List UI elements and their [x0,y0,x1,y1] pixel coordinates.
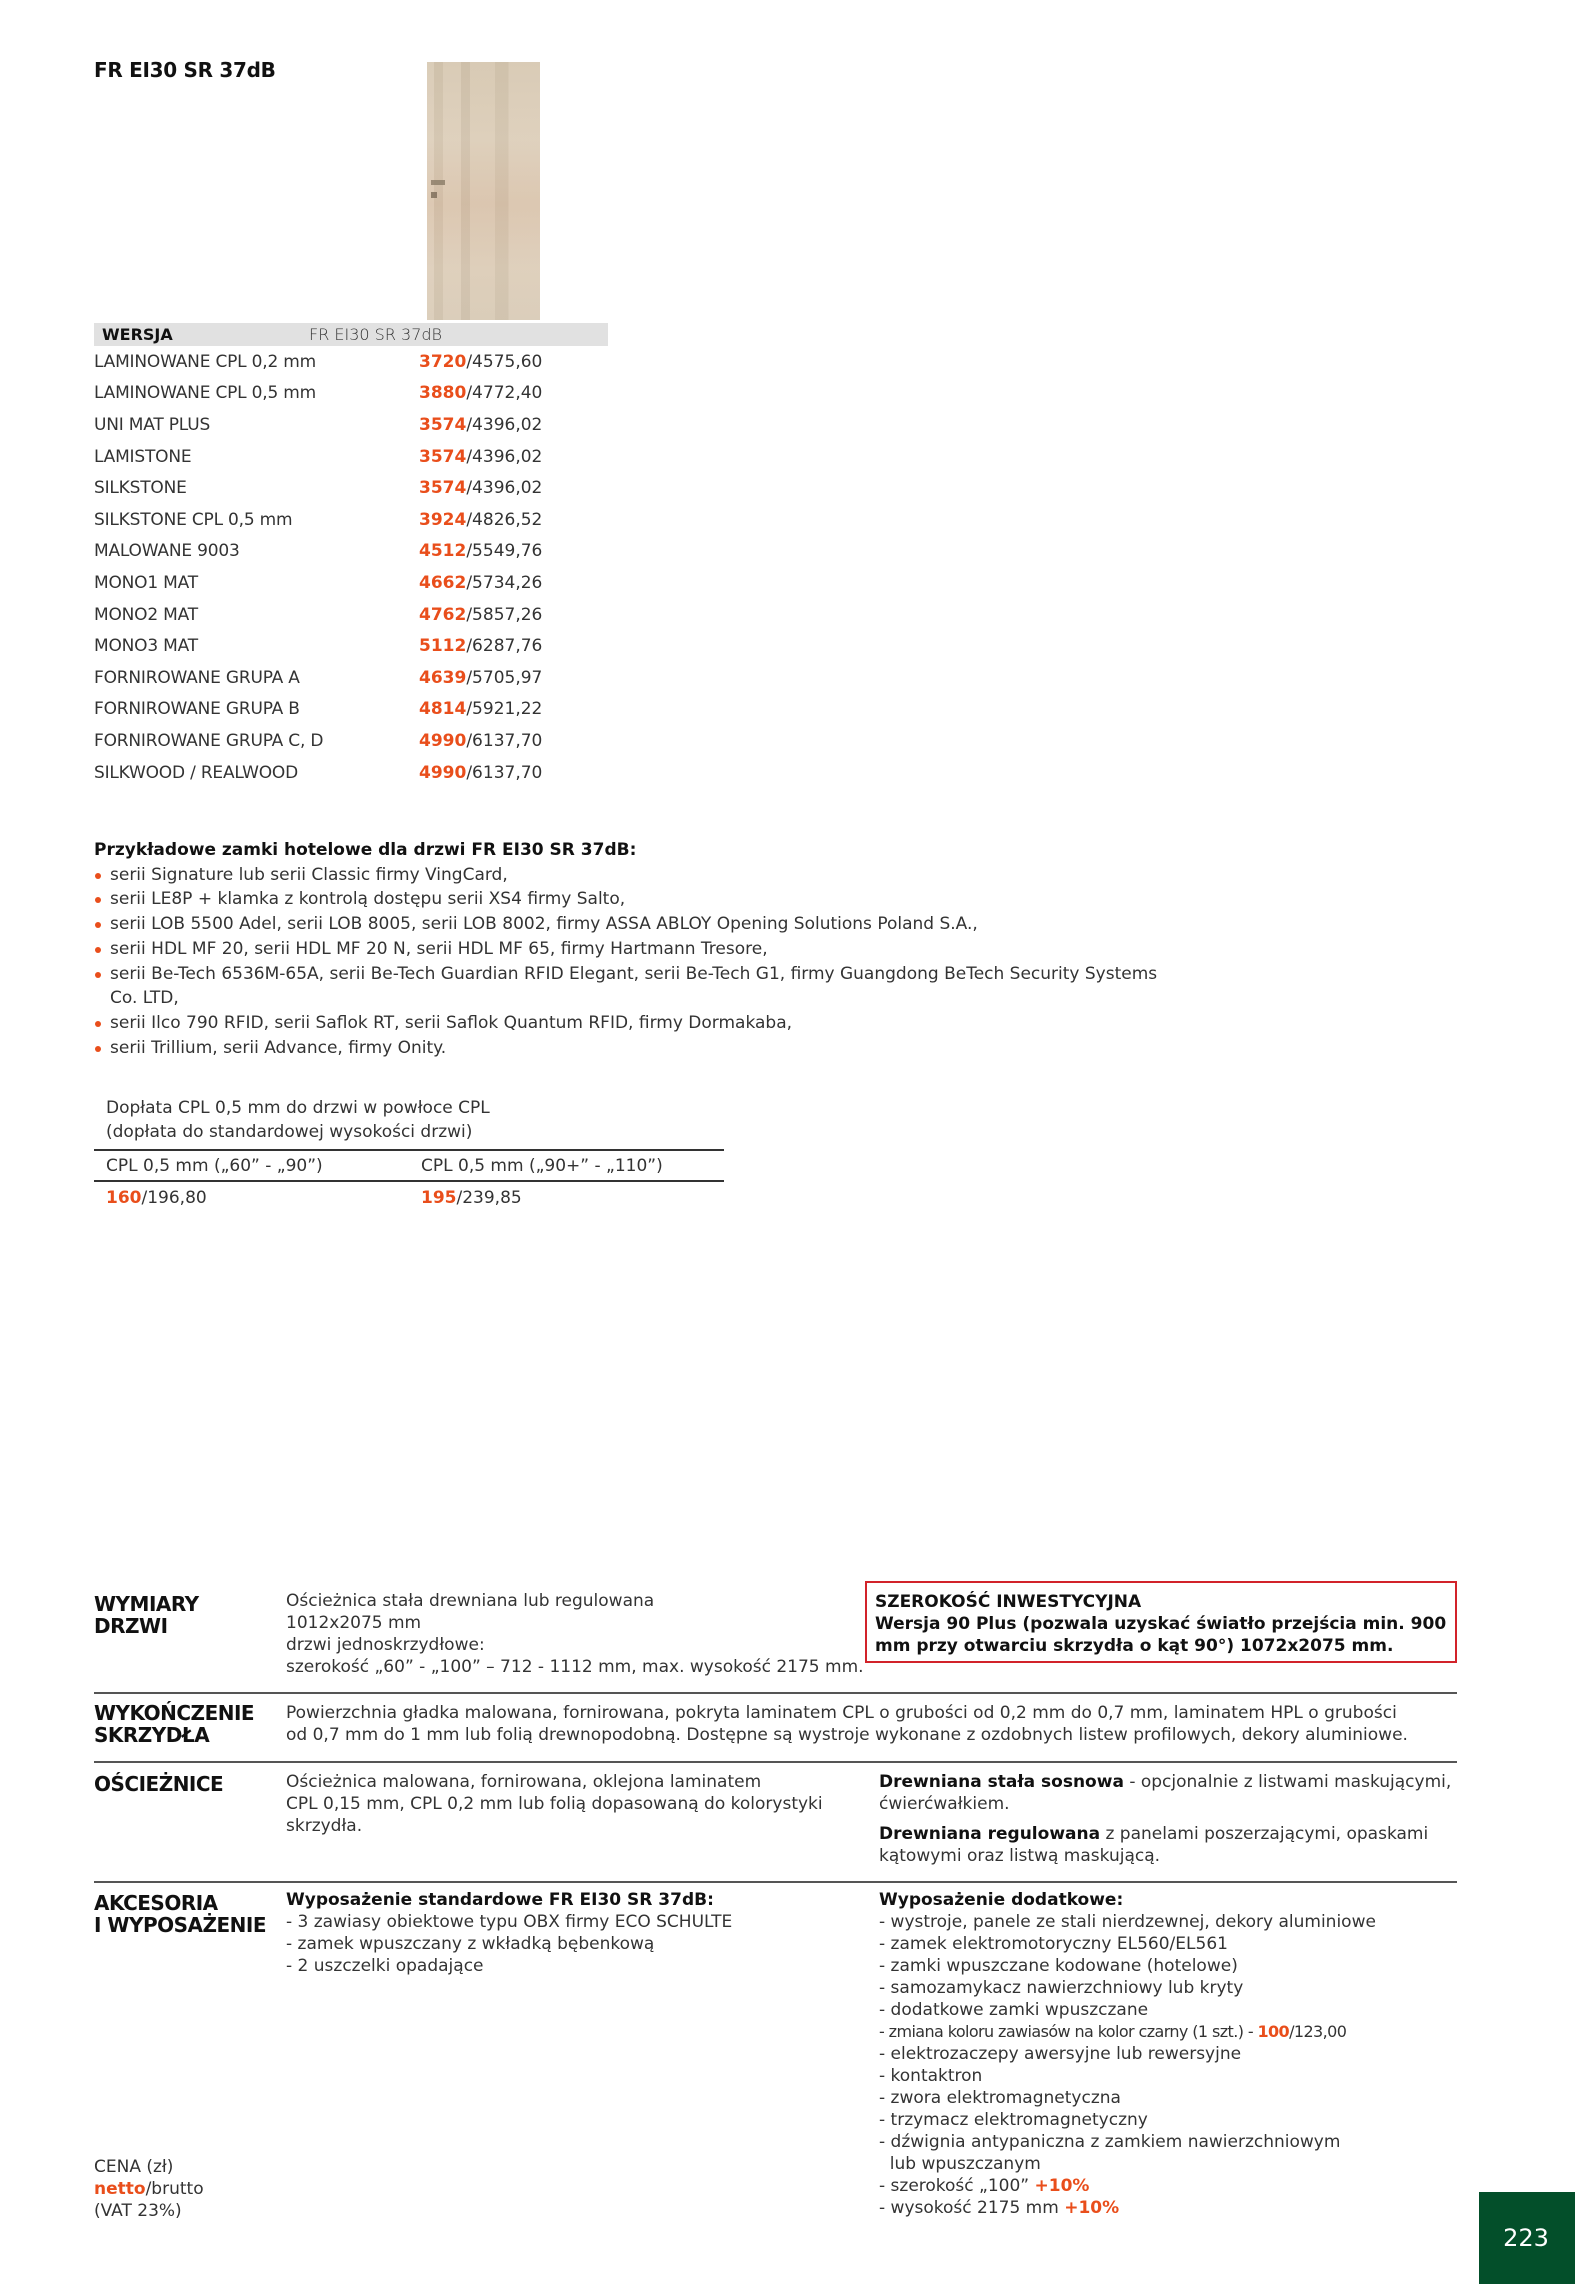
text-line: szerokość „60” - „100” – 712 - 1112 mm, … [286,1656,864,1678]
price-cell: 3720/4575,60 [419,352,608,372]
gross-price: /4396,02 [466,415,542,435]
text-line: - dodatkowe zamki wpuszczane [879,1999,1469,2021]
surcharge-percent: +10% [1035,2176,1090,2196]
price-table-row: FORNIROWANE GRUPA B4814/5921,22 [94,694,608,726]
finish-name: MONO2 MAT [94,605,419,625]
width-surcharge: - szerokość „100” +10% [879,2175,1469,2197]
finish-name: FORNIROWANE GRUPA A [94,668,419,688]
hotel-locks-section: Przykładowe zamki hotelowe dla drzwi FR … [94,838,1174,1060]
price-table-row: FORNIROWANE GRUPA A4639/5705,97 [94,662,608,694]
surcharge-percent: +10% [1064,2198,1119,2218]
accessories-label: AKCESORIA I WYPOSAŻENIE [94,1892,266,1936]
text-line: drzwi jednoskrzydłowe: [286,1634,864,1656]
label-line: AKCESORIA [94,1892,266,1914]
gross-price: /5705,97 [466,668,542,688]
hotel-lock-item: serii Ilco 790 RFID, serii Saflok RT, se… [94,1011,1174,1036]
net-price: 4990 [419,731,466,751]
standard-equipment: Wyposażenie standardowe FR EI30 SR 37dB:… [286,1889,866,1977]
price-cell: 4512/5549,76 [419,541,608,561]
price-cell: 4814/5921,22 [419,699,608,719]
finish-text: Powierzchnia gładka malowana, fornirowan… [286,1702,1461,1746]
text-line: lub wpuszczanym [879,2153,1469,2175]
price-legend-net-gross: netto/brutto [94,2178,204,2200]
height-surcharge: - wysokość 2175 mm +10% [879,2197,1469,2219]
hotel-lock-item: serii HDL MF 20, serii HDL MF 20 N, seri… [94,937,1174,962]
gross-price: /5857,26 [466,605,542,625]
version-column-header: WERSJA [94,325,307,344]
price-cell: 4639/5705,97 [419,668,608,688]
text-line: - zamek elektromotoryczny EL560/EL561 [879,1933,1469,1955]
price-table-row: SILKWOOD / REALWOOD4990/6137,70 [94,757,608,789]
text-line: - wystroje, panele ze stali nierdzewnej,… [879,1911,1469,1933]
price-table: WERSJA FR EI30 SR 37dB LAMINOWANE CPL 0,… [94,323,608,788]
finish-name: LAMISTONE [94,447,419,467]
net-price: 4639 [419,668,466,688]
extra-equipment: Wyposażenie dodatkowe: - wystroje, panel… [879,1889,1469,2219]
cpl-surcharge-table: Dopłata CPL 0,5 mm do drzwi w powłoce CP… [94,1097,724,1215]
price-cell: 5112/6287,76 [419,636,608,656]
dimensions-label: WYMIARY DRZWI [94,1593,199,1637]
dimensions-text: Ościeżnica stała drewniana lub regulowan… [286,1590,864,1678]
label-line: WYMIARY [94,1593,199,1615]
option-desc: - wysokość 2175 mm [879,2198,1064,2218]
surcharge-note-line: (dopłata do standardowej wysokości drzwi… [106,1121,724,1145]
price-cell: 4990/6137,70 [419,763,608,783]
gross-price: /4826,52 [466,510,542,530]
price-legend-vat: (VAT 23%) [94,2200,204,2222]
surcharge-header-row: CPL 0,5 mm („60” - „90”) CPL 0,5 mm („90… [94,1151,724,1180]
option-desc: - szerokość „100” [879,2176,1035,2196]
net-price: 160 [106,1188,142,1208]
finish-label: WYKOŃCZENIE SKRZYDŁA [94,1702,254,1746]
option-title: Drewniana regulowana [879,1824,1100,1844]
finish-name: MONO1 MAT [94,573,419,593]
finish-name: LAMINOWANE CPL 0,2 mm [94,352,419,372]
finish-name: MALOWANE 9003 [94,541,419,561]
frame-option-fixed: Drewniana stała sosnowa - opcjonalnie z … [879,1771,1469,1793]
hotel-lock-item: serii Signature lub serii Classic firmy … [94,863,1174,888]
label-line: DRZWI [94,1615,199,1637]
net-price: 3720 [419,352,466,372]
net-price: 4662 [419,573,466,593]
hotel-lock-item: serii LE8P + klamka z kontrolą dostępu s… [94,887,1174,912]
text-line: - zamki wpuszczane kodowane (hotelowe) [879,1955,1469,1977]
hotel-lock-item: serii LOB 5500 Adel, serii LOB 8005, ser… [94,912,1174,937]
text-line: - 2 uszczelki opadające [286,1955,866,1977]
brutto-label: /brutto [146,2179,204,2199]
surcharge-note: Dopłata CPL 0,5 mm do drzwi w powłoce CP… [94,1097,724,1144]
price-table-header: WERSJA FR EI30 SR 37dB [94,323,608,346]
price-cell: 3574/4396,02 [419,447,608,467]
standard-equipment-title: Wyposażenie standardowe FR EI30 SR 37dB: [286,1889,866,1911]
extra-equipment-title: Wyposażenie dodatkowe: [879,1889,1469,1911]
hotel-locks-list: serii Signature lub serii Classic firmy … [94,863,1174,1061]
frames-label: OŚCIEŻNICE [94,1773,223,1795]
price-table-row: MALOWANE 90034512/5549,76 [94,536,608,568]
section-divider [94,1761,1457,1763]
investment-width-box: SZEROKOŚĆ INWESTYCYJNA Wersja 90 Plus (p… [865,1581,1457,1663]
price-cell: 3880/4772,40 [419,383,608,403]
net-price: 3574 [419,447,466,467]
gross-price: /4396,02 [466,447,542,467]
text-line: - kontaktron [879,2065,1469,2087]
door-handle-icon [431,180,445,200]
frame-option-adjustable: Drewniana regulowana z panelami poszerza… [879,1823,1469,1845]
text-line: skrzydła. [286,1815,866,1837]
surcharge-note-line: Dopłata CPL 0,5 mm do drzwi w powłoce CP… [106,1097,724,1121]
price-table-row: LAMINOWANE CPL 0,5 mm3880/4772,40 [94,378,608,410]
net-price: 4512 [419,541,466,561]
price-table-body: LAMINOWANE CPL 0,2 mm3720/4575,60LAMINOW… [94,346,608,788]
gross-price: /123,00 [1289,2022,1346,2041]
gross-price: /196,80 [142,1188,207,1208]
option-title: Drewniana stała sosnowa [879,1772,1124,1792]
price-cell: 4762/5857,26 [419,605,608,625]
text-line: Ościeżnica malowana, fornirowana, oklejo… [286,1771,866,1793]
finish-name: FORNIROWANE GRUPA C, D [94,731,419,751]
option-desc: - zmiana koloru zawiasów na kolor czarny… [879,2022,1257,2041]
price-cell: 4990/6137,70 [419,731,608,751]
net-price: 4990 [419,763,466,783]
hotel-lock-item: serii Trillium, serii Advance, firmy Oni… [94,1036,1174,1061]
text-line: Powierzchnia gładka malowana, fornirowan… [286,1702,1461,1724]
page-title: FR EI30 SR 37dB [94,58,276,82]
frames-options: Drewniana stała sosnowa - opcjonalnie z … [879,1771,1469,1867]
text-line: - dźwignia antypaniczna z zamkiem nawier… [879,2131,1469,2153]
price-table-row: MONO1 MAT4662/5734,26 [94,567,608,599]
text-line: - elektrozaczepy awersyjne lub rewersyjn… [879,2043,1469,2065]
price-cell: 4662/5734,26 [419,573,608,593]
finish-name: LAMINOWANE CPL 0,5 mm [94,383,419,403]
surcharge-col2-label: CPL 0,5 mm („90+” - „110”) [421,1156,724,1176]
page-number-badge: 223 [1479,2192,1575,2284]
extra-equipment-list: - elektrozaczepy awersyjne lub rewersyjn… [879,2043,1469,2175]
price-table-row: SILKSTONE3574/4396,02 [94,472,608,504]
price-table-row: LAMISTONE3574/4396,02 [94,441,608,473]
section-divider [94,1692,1457,1694]
net-price: 3924 [419,510,466,530]
finish-name: SILKWOOD / REALWOOD [94,763,419,783]
surcharge-col2-price: 195/239,85 [421,1188,724,1208]
price-legend-currency: CENA (zł) [94,2156,204,2178]
gross-price: /239,85 [457,1188,522,1208]
gross-price: /4396,02 [466,478,542,498]
price-cell: 3574/4396,02 [419,478,608,498]
gross-price: /4772,40 [466,383,542,403]
text-line: od 0,7 mm do 1 mm lub folią drewnopodobn… [286,1724,1461,1746]
text-line: - trzymacz elektromagnetyczny [879,2109,1469,2131]
option-desc: kątowymi oraz listwą maskującą. [879,1845,1469,1867]
investment-width-text: Wersja 90 Plus (pozwala uzyskać światło … [875,1613,1447,1635]
option-desc: ćwierćwałkiem. [879,1793,1469,1815]
net-price: 5112 [419,636,466,656]
gross-price: /6137,70 [466,731,542,751]
price-table-row: MONO3 MAT5112/6287,76 [94,630,608,662]
finish-name: UNI MAT PLUS [94,415,419,435]
price-table-row: MONO2 MAT4762/5857,26 [94,599,608,631]
label-line: I WYPOSAŻENIE [94,1914,266,1936]
surcharge-col1-price: 160/196,80 [106,1188,421,1208]
net-price: 3574 [419,415,466,435]
gross-price: /4575,60 [466,352,542,372]
frames-text: Ościeżnica malowana, fornirowana, oklejo… [286,1771,866,1837]
text-line: 1012x2075 mm [286,1612,864,1634]
gross-price: /6287,76 [466,636,542,656]
text-line: - zwora elektromagnetyczna [879,2087,1469,2109]
label-line: SKRZYDŁA [94,1724,254,1746]
price-table-row: LAMINOWANE CPL 0,2 mm3720/4575,60 [94,346,608,378]
finish-name: MONO3 MAT [94,636,419,656]
finish-name: SILKSTONE CPL 0,5 mm [94,510,419,530]
net-price: 3574 [419,478,466,498]
investment-width-title: SZEROKOŚĆ INWESTYCYJNA [875,1591,1447,1613]
finish-name: FORNIROWANE GRUPA B [94,699,419,719]
text-line: - zamek wpuszczany z wkładką bębenkową [286,1933,866,1955]
net-price: 4814 [419,699,466,719]
gross-price: /5734,26 [466,573,542,593]
hotel-lock-item: serii Be-Tech 6536M-65A, serii Be-Tech G… [94,962,1174,1011]
price-table-row: SILKSTONE CPL 0,5 mm3924/4826,52 [94,504,608,536]
net-price: 3880 [419,383,466,403]
price-cell: 3574/4396,02 [419,415,608,435]
netto-label: netto [94,2179,146,2199]
hotel-locks-title: Przykładowe zamki hotelowe dla drzwi FR … [94,838,1174,863]
text-line: - 3 zawiasy obiektowe typu OBX firmy ECO… [286,1911,866,1933]
net-price: 100 [1257,2022,1289,2041]
price-legend: CENA (zł) netto/brutto (VAT 23%) [94,2156,204,2222]
text-line: - samozamykacz nawierzchniowy lub kryty [879,1977,1469,1999]
extra-equipment-list: - wystroje, panele ze stali nierdzewnej,… [879,1911,1469,2021]
standard-equipment-list: - 3 zawiasy obiektowe typu OBX firmy ECO… [286,1911,866,1977]
gross-price: /5549,76 [466,541,542,561]
finish-name: SILKSTONE [94,478,419,498]
text-line: CPL 0,15 mm, CPL 0,2 mm lub folią dopaso… [286,1793,866,1815]
gross-price: /6137,70 [466,763,542,783]
hinge-color-option: - zmiana koloru zawiasów na kolor czarny… [879,2021,1469,2043]
surcharge-col1-label: CPL 0,5 mm („60” - „90”) [106,1156,421,1176]
label-line: WYKOŃCZENIE [94,1702,254,1724]
text-line: Ościeżnica stała drewniana lub regulowan… [286,1590,864,1612]
option-desc: z panelami poszerzającymi, opaskami [1100,1824,1428,1844]
net-price: 4762 [419,605,466,625]
surcharge-values-row: 160/196,80 195/239,85 [94,1182,724,1215]
investment-width-text: mm przy otwarciu skrzydła o kąt 90°) 107… [875,1635,1447,1657]
price-table-row: UNI MAT PLUS3574/4396,02 [94,409,608,441]
gross-price: /5921,22 [466,699,542,719]
option-desc: - opcjonalnie z listwami maskującymi, [1124,1772,1451,1792]
model-column-header: FR EI30 SR 37dB [307,325,608,344]
price-cell: 3924/4826,52 [419,510,608,530]
net-price: 195 [421,1188,457,1208]
section-divider [94,1881,1457,1883]
door-image [427,62,540,320]
price-table-row: FORNIROWANE GRUPA C, D4990/6137,70 [94,725,608,757]
